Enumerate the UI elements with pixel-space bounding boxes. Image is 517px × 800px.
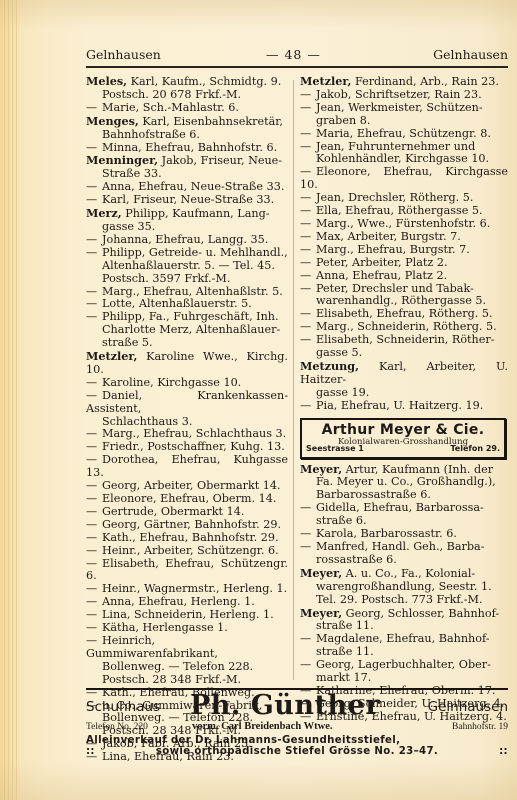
entry-text: Jakob, Friseur, Neue- xyxy=(162,154,282,167)
directory-sub-entry: —Heinrich, Gummiwarenfabrikant,Bollenweg… xyxy=(86,635,288,687)
directory-sub-entry: —Magdalene, Ehefrau, Bahnhof-straße 11. xyxy=(300,633,508,659)
entry-text: Philipp, Kaufmann, Lang- xyxy=(125,207,269,220)
entry-text: Johanna, Ehefrau, Langg. 35. xyxy=(102,233,268,246)
entry-text: Jean, Werkmeister, Schützen- xyxy=(316,101,483,114)
entry-text: Max, Arbeiter, Burgstr. 7. xyxy=(316,230,461,243)
directory-sub-entry: —Elisabeth, Ehefrau, Schützengr. 6. xyxy=(86,558,288,584)
entry-text: Anna, Ehefrau, Neue-Straße 33. xyxy=(102,180,284,193)
ditto-dash: — xyxy=(86,234,102,247)
page-shadow xyxy=(0,0,517,30)
entry-text: Karoline, Kirchgasse 10. xyxy=(102,376,241,389)
ditto-dash: — xyxy=(300,633,316,646)
directory-entry: Metzler, Karoline Wwe., Kirchg. 10. xyxy=(86,350,288,377)
entry-text: Karl, Kaufm., Schmidtg. 9. xyxy=(131,75,282,88)
entry-text: Elisabeth, Ehefrau, Schützengr. 6. xyxy=(86,557,288,583)
footer-shop-type: Schuhhaus xyxy=(86,699,160,715)
ditto-dash: — xyxy=(300,270,316,283)
footer-street: Bahnhofstr. 19 xyxy=(452,722,508,732)
entry-text: Manfred, Handl. Geh., Barba- xyxy=(316,540,484,553)
entry-surname: Menninger, xyxy=(86,153,158,167)
entry-text: Jean, Drechsler, Rötherg. 5. xyxy=(316,191,473,204)
directory-entry: Meyer, Artur, Kaufmann (Inh. derFa. Meye… xyxy=(300,463,508,503)
entry-text: Marg., Wwe., Fürstenhofstr. 6. xyxy=(316,217,490,230)
entry-text: Marg., Ehefrau, Altenhaßlstr. 5. xyxy=(102,285,283,298)
ditto-dash: — xyxy=(86,506,102,519)
entry-surname: Meles, xyxy=(86,74,127,88)
entry-text: Eleonore, Ehefrau, Kirchgasse 10. xyxy=(300,165,508,191)
directory-entry: Metzler, Ferdinand, Arb., Rain 23. xyxy=(300,75,508,89)
entry-text: Georg, Arbeiter, Obermarkt 14. xyxy=(102,479,281,492)
ditto-dash: — xyxy=(300,502,316,515)
entry-text: Karl, Eisenbahnsekretär, xyxy=(142,115,283,128)
entry-text: Anna, Ehefrau, Platz 2. xyxy=(316,269,447,282)
entry-surname: Merz, xyxy=(86,206,122,220)
header-right-title: Gelnhausen xyxy=(433,47,508,62)
ditto-dash: — xyxy=(300,102,316,115)
ditto-dash: — xyxy=(300,659,316,672)
directory-sub-entry: —Pia, Ehefrau, U. Haitzerg. 19. xyxy=(300,400,508,413)
footer-city: Gelnhausen xyxy=(428,699,508,715)
page-edge xyxy=(4,0,20,800)
footer-telephone: Telefon No. 220 xyxy=(86,722,148,732)
ditto-dash: — xyxy=(300,257,316,270)
directory-sub-entry: —Jean, Werkmeister, Schützen-graben 8. xyxy=(300,102,508,128)
entry-text: Ferdinand, Arb., Rain 23. xyxy=(355,75,499,88)
entry-text: Pia, Ehefrau, U. Haitzerg. 19. xyxy=(316,399,483,412)
entry-text: Kätha, Herlengasse 1. xyxy=(102,621,228,634)
directory-entry: Merz, Philipp, Kaufmann, Lang-gasse 35. xyxy=(86,207,288,234)
directory-entry: Meles, Karl, Kaufm., Schmidtg. 9.Postsch… xyxy=(86,75,288,102)
entry-text: Georg, Schlosser, Bahnhof- xyxy=(346,607,499,620)
entry-continuation: Altenhaßlauerstr. 5. — Tel. 45. xyxy=(86,260,288,273)
ditto-dash: — xyxy=(300,334,316,347)
inline-advertisement: Arthur Meyer & Cie. Kolonialwaren-Grossh… xyxy=(300,418,506,459)
ditto-dash: — xyxy=(300,244,316,257)
entry-text: Gidella, Ehefrau, Barbarossa- xyxy=(316,501,484,514)
footer-formerly: vorm. Carl Breidenbach Wtwe. xyxy=(192,721,332,732)
entry-surname: Meyer, xyxy=(300,566,342,580)
ditto-dash: — xyxy=(86,519,102,532)
ditto-dash: — xyxy=(300,89,316,102)
entry-continuation: Bollenweg. — Telefon 228. xyxy=(86,661,288,674)
footer-brand: Ph. Günther xyxy=(190,690,380,721)
right-column-bottom: Meyer, Artur, Kaufmann (Inh. derFa. Meye… xyxy=(300,463,508,724)
entry-text: Friedr., Postschaffner, Kuhg. 13. xyxy=(102,440,285,453)
page-shadow xyxy=(0,760,517,800)
entry-surname: Meyer, xyxy=(300,462,342,476)
entry-continuation: warengroßhandlung, Seestr. 1. xyxy=(300,581,508,594)
entry-text: A. u. Co., Fa., Kolonial- xyxy=(346,567,476,580)
entry-text: Philipp, Fa., Fuhrgeschäft, Inh. xyxy=(102,310,279,323)
entry-text: Kath., Ehefrau, Bahnhofstr. 29. xyxy=(102,531,279,544)
entry-text: Artur, Kaufmann (Inh. der xyxy=(346,463,493,476)
ditto-dash: — xyxy=(300,218,316,231)
footer-mark: :: xyxy=(499,747,508,758)
entry-text: Heinr., Wagnermstr., Herleng. 1. xyxy=(102,582,287,595)
entry-surname: Metzung, xyxy=(300,359,359,373)
entry-text: Maria, Ehefrau, Schützengr. 8. xyxy=(316,127,491,140)
entry-text: Philipp, Getreide- u. Mehlhandl., xyxy=(102,246,288,259)
directory-sub-entry: —Jean, Fuhrunternehmer undKohlenhändler,… xyxy=(300,141,508,167)
header-rule xyxy=(86,66,508,68)
ditto-dash: — xyxy=(300,141,316,154)
footer-mark: :: xyxy=(86,747,95,758)
left-column: Meles, Karl, Kaufm., Schmidtg. 9.Postsch… xyxy=(86,75,288,764)
ditto-dash: — xyxy=(300,283,316,296)
entry-text: Elisabeth, Ehefrau, Rötherg. 5. xyxy=(316,307,493,320)
right-column: Metzler, Ferdinand, Arb., Rain 23.—Jakob… xyxy=(300,75,508,724)
entry-text: Karl, Friseur, Neue-Straße 33. xyxy=(102,193,274,206)
directory-entry: Metzung, Karl, Arbeiter, U. Haitzer-gass… xyxy=(300,360,508,400)
ad-telephone: Telefon 29. xyxy=(450,443,500,456)
footer-line-2: :: sowie orthopädische Stiefel Grösse No… xyxy=(86,747,508,758)
entry-text: Daniel, Krankenkassen-Assistent, xyxy=(86,389,288,415)
entry-text: Marg., Schneiderin, Rötherg. 5. xyxy=(316,320,497,333)
directory-sub-entry: —Philipp, Fa., Fuhrgeschäft, Inh.Charlot… xyxy=(86,311,288,350)
entry-text: Magdalene, Ehefrau, Bahnhof- xyxy=(316,632,490,645)
footer-line-1: Alleinverkauf der Dr. Lahmanns-Gesundhei… xyxy=(86,736,508,747)
entry-surname: Meyer, xyxy=(300,606,342,620)
directory-sub-entry: —Dorothea, Ehefrau, Kuhgasse 13. xyxy=(86,454,288,480)
directory-sub-entry: —Philipp, Getreide- u. Mehlhandl.,Altenh… xyxy=(86,247,288,286)
entry-surname: Metzler, xyxy=(86,349,137,363)
ditto-dash: — xyxy=(300,400,316,413)
directory-sub-entry: —Georg, Lagerbuchhalter, Ober-markt 17. xyxy=(300,659,508,685)
entry-text: Heinrich, Gummiwarenfabrikant, xyxy=(86,634,218,660)
directory-sub-entry: —Elisabeth, Schneiderin, Röther-gasse 5. xyxy=(300,334,508,360)
footer-line-2-text: sowie orthopädische Stiefel Grösse No. 2… xyxy=(156,747,438,758)
directory-entry: Meyer, A. u. Co., Fa., Kolonial-warengro… xyxy=(300,567,508,607)
entry-text: Dorothea, Ehefrau, Kuhgasse 13. xyxy=(86,453,288,479)
right-column-top: Metzler, Ferdinand, Arb., Rain 23.—Jakob… xyxy=(300,75,508,413)
entry-surname: Metzler, xyxy=(300,74,351,88)
directory-sub-entry: —Daniel, Krankenkassen-Assistent,Schlach… xyxy=(86,390,288,429)
entry-text: Marg., Ehefrau, Burgstr. 7. xyxy=(316,243,470,256)
entry-text: Peter, Drechsler und Tabak- xyxy=(316,282,474,295)
column-divider xyxy=(293,80,294,680)
directory-sub-entry: —Eleonore, Ehefrau, Kirchgasse 10. xyxy=(300,166,508,192)
entry-text: Anna, Ehefrau, Herleng. 1. xyxy=(102,595,255,608)
directory-entry: Menges, Karl, Eisenbahnsekretär,Bahnhofs… xyxy=(86,115,288,142)
entry-text: Georg, Gärtner, Bahnhofstr. 29. xyxy=(102,518,281,531)
entry-text: Gertrude, Obermarkt 14. xyxy=(102,505,244,518)
ditto-dash: — xyxy=(86,545,102,558)
footer-advertisement: Schuhhaus Ph. Günther Gelnhausen Telefon… xyxy=(86,692,508,757)
page-number: — 48 — xyxy=(266,47,321,62)
entry-text: Georg, Lagerbuchhalter, Ober- xyxy=(316,658,491,671)
directory-sub-entry: —Manfred, Handl. Geh., Barba-rossastraße… xyxy=(300,541,508,567)
directory-entry: Menninger, Jakob, Friseur, Neue-Straße 3… xyxy=(86,154,288,181)
directory-sub-entry: —Peter, Drechsler und Tabak-warenhandlg.… xyxy=(300,283,508,309)
ditto-dash: — xyxy=(86,493,102,506)
entry-text: Peter, Arbeiter, Platz 2. xyxy=(316,256,448,269)
ditto-dash: — xyxy=(86,532,102,545)
entry-text: Minna, Ehefrau, Bahnhofstr. 6. xyxy=(102,141,277,154)
entry-text: Jean, Fuhrunternehmer und xyxy=(316,140,475,153)
entry-text: Marie, Sch.-Mahlastr. 6. xyxy=(102,101,239,114)
directory-sub-entry: —Gidella, Ehefrau, Barbarossa-straße 6. xyxy=(300,502,508,528)
entry-text: Jakob, Schriftsetzer, Rain 23. xyxy=(316,88,482,101)
ditto-dash: — xyxy=(86,377,102,390)
ditto-dash: — xyxy=(300,541,316,554)
ditto-dash: — xyxy=(300,231,316,244)
running-head: Gelnhausen — 48 — Gelnhausen xyxy=(86,45,508,65)
entry-text: Lina, Schneiderin, Herleng. 1. xyxy=(102,608,274,621)
ad-firm-name: Arthur Meyer & Cie. xyxy=(306,422,500,438)
entry-text: Lotte, Altenhaßlauerstr. 5. xyxy=(102,297,252,310)
ad-address: Seestrasse 1 xyxy=(306,443,364,456)
directory-entry: Meyer, Georg, Schlosser, Bahnhof-straße … xyxy=(300,607,508,634)
entry-text: Marg., Ehefrau, Schlachthaus 3. xyxy=(102,427,286,440)
entry-text: Eleonore, Ehefrau, Oberm. 14. xyxy=(102,492,276,505)
entry-text: Elisabeth, Schneiderin, Röther- xyxy=(316,333,495,346)
ditto-dash: — xyxy=(300,128,316,141)
entry-text: Heinr., Arbeiter, Schützengr. 6. xyxy=(102,544,279,557)
ditto-dash: — xyxy=(86,311,102,324)
entry-surname: Menges, xyxy=(86,114,139,128)
entry-text: Ella, Ehefrau, Röthergasse 5. xyxy=(316,204,483,217)
ditto-dash: — xyxy=(86,247,102,260)
header-left-title: Gelnhausen xyxy=(86,47,161,62)
entry-text: Karola, Barbarossastr. 6. xyxy=(316,527,457,540)
